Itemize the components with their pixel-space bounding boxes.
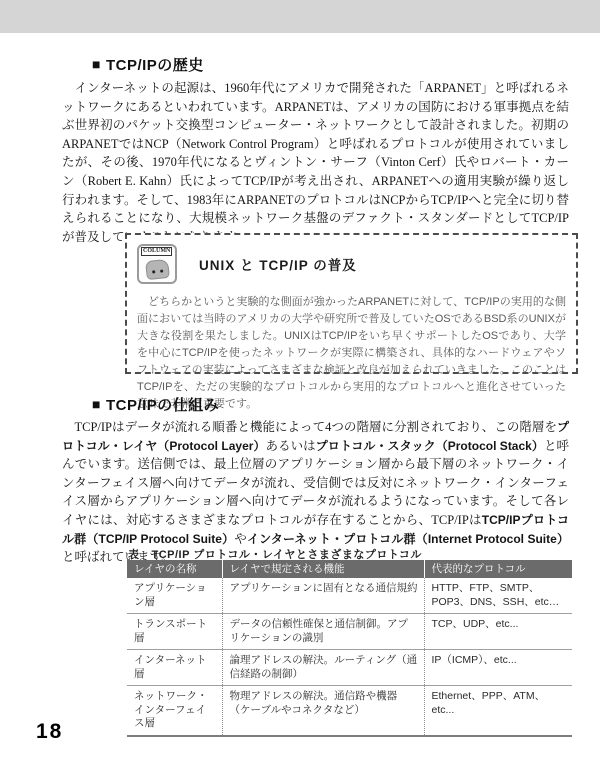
table-row: ネットワーク・インターフェイス層 物理アドレスの解決。通信路や機器（ケーブルやコ… xyxy=(127,686,572,736)
cell-protocols: Ethernet、PPP、ATM、etc... xyxy=(424,686,572,736)
term-protocol-stack: プロトコル・スタック（Protocol Stack） xyxy=(316,439,544,453)
cell-layer-name: インターネット層 xyxy=(127,650,222,686)
cell-layer-function: データの信頼性確保と通信制御。アプリケーションの識別 xyxy=(222,614,424,650)
column-header-layer-name: レイヤの名称 xyxy=(127,560,222,578)
square-bullet-icon: ■ xyxy=(92,56,101,72)
column-header-layer-function: レイヤで規定される機能 xyxy=(222,560,424,578)
section1-paragraph: インターネットの起源は、1960年代にアメリカで開発された「ARPANET」と呼… xyxy=(62,79,569,246)
table-row: トランスポート層 データの信頼性確保と通信制御。アプリケーションの識別 TCP、… xyxy=(127,614,572,650)
table-row: インターネット層 論理アドレスの解決。ルーティング（通信経路の制御） IP（IC… xyxy=(127,650,572,686)
section-heading-history: ■TCP/IPの歴史 xyxy=(92,54,204,75)
column-title: UNIX と TCP/IP の普及 xyxy=(199,254,357,274)
section2-title: TCP/IPの仕組み xyxy=(106,397,219,414)
section1-title: TCP/IPの歴史 xyxy=(106,57,204,74)
book-page: ■TCP/IPの歴史 インターネットの起源は、1960年代にアメリカで開発された… xyxy=(0,0,600,765)
table-row: アプリケーション層 アプリケーションに固有となる通信規約 HTTP、FTP、SM… xyxy=(127,578,572,614)
column-mascot-icon xyxy=(145,259,170,280)
top-gray-strip xyxy=(0,0,600,33)
cell-protocols: TCP、UDP、etc... xyxy=(424,614,572,650)
column-header: COLUMN UNIX と TCP/IP の普及 xyxy=(137,243,566,285)
column-sidebar-box: COLUMN UNIX と TCP/IP の普及 どちらかというと実験的な側面が… xyxy=(125,233,578,374)
square-bullet-icon: ■ xyxy=(92,396,101,412)
table-header-row: レイヤの名称 レイヤで規定される機能 代表的なプロトコル xyxy=(127,560,572,578)
section-heading-mechanism: ■TCP/IPの仕組み xyxy=(92,394,219,415)
column-badge-icon: COLUMN xyxy=(137,244,177,284)
cell-protocols: HTTP、FTP、SMTP、POP3、DNS、SSH、etc… xyxy=(424,578,572,614)
text-run: TCP/IPはデータが流れる順番と機能によって4つの階層に分割されており、この階… xyxy=(75,420,557,434)
cell-protocols: IP（ICMP）、etc... xyxy=(424,650,572,686)
cell-layer-function: 物理アドレスの解決。通信路や機器（ケーブルやコネクタなど） xyxy=(222,686,424,736)
column-header-typical-protocols: 代表的なプロトコル xyxy=(424,560,572,578)
text-run: あるいは xyxy=(266,439,316,453)
cell-layer-name: トランスポート層 xyxy=(127,614,222,650)
column-badge-label: COLUMN xyxy=(141,247,172,256)
page-number: 18 xyxy=(36,720,63,744)
cell-layer-function: 論理アドレスの解決。ルーティング（通信経路の制御） xyxy=(222,650,424,686)
cell-layer-name: ネットワーク・インターフェイス層 xyxy=(127,686,222,736)
protocol-layer-table: レイヤの名称 レイヤで規定される機能 代表的なプロトコル アプリケーション層 ア… xyxy=(127,560,572,737)
term-internet-protocol-suite: インターネット・プロトコル群（Internet Protocol Suite） xyxy=(247,532,569,546)
cell-layer-name: アプリケーション層 xyxy=(127,578,222,614)
cell-layer-function: アプリケーションに固有となる通信規約 xyxy=(222,578,424,614)
section2-paragraph: TCP/IPはデータが流れる順番と機能によって4つの階層に分割されており、この階… xyxy=(62,418,569,567)
text-run: や xyxy=(234,532,247,546)
